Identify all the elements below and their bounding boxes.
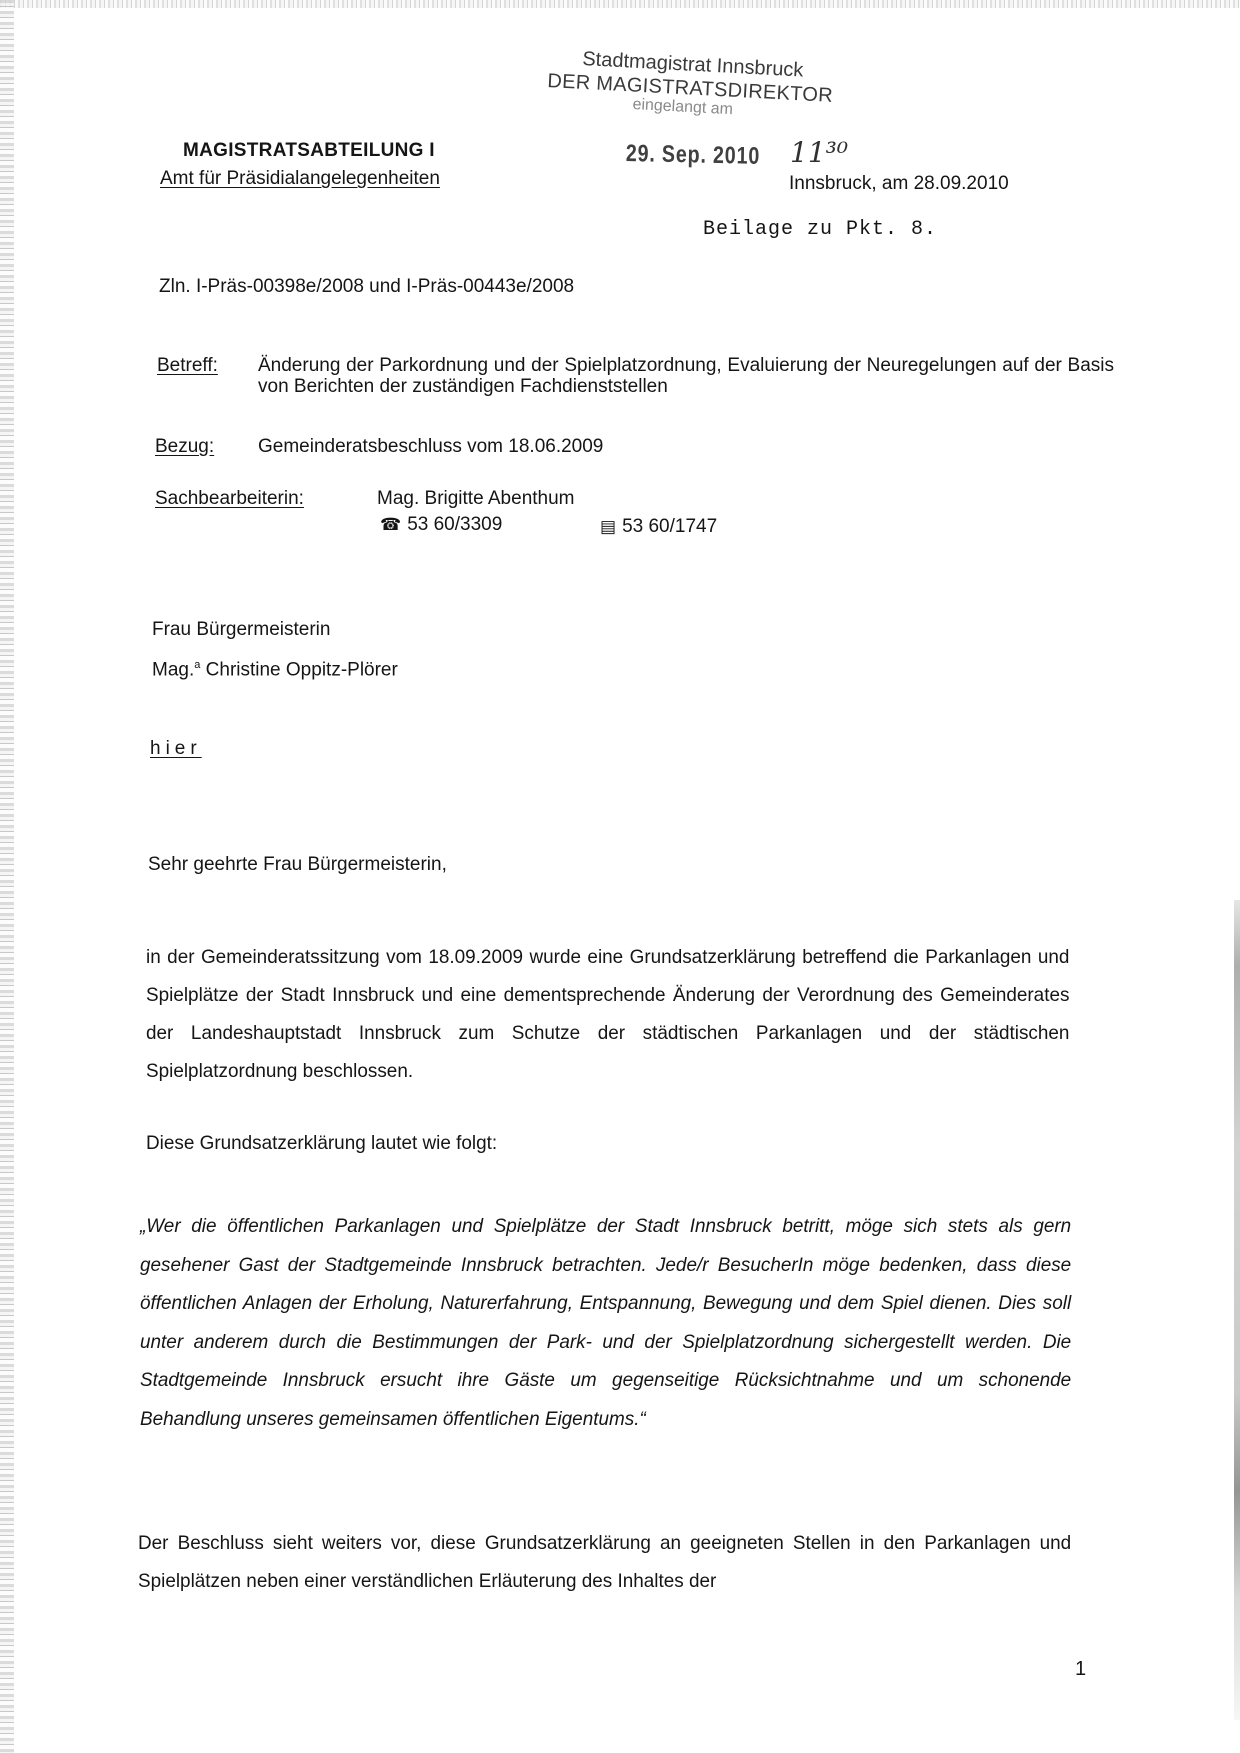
scan-border-right	[1234, 900, 1240, 1720]
subject-label: Betreff:	[157, 355, 218, 377]
fax-number: 53 60/1747	[622, 516, 717, 537]
recipient-location: hier	[150, 738, 202, 760]
attachment-note: Beilage zu Pkt. 8.	[703, 218, 937, 241]
stamp-date: 29. Sep. 2010	[626, 140, 761, 171]
subject-value: Änderung der Parkordnung und der Spielpl…	[258, 355, 1114, 397]
handwritten-time: 11³⁰	[790, 136, 848, 169]
reference-value: Gemeinderatsbeschluss vom 18.06.2009	[258, 436, 603, 458]
body-paragraph-4: Der Beschluss sieht weiters vor, diese G…	[138, 1524, 1071, 1600]
phone-number: 53 60/3309	[407, 514, 502, 535]
body-paragraph-2: Diese Grundsatzerklärung lautet wie folg…	[146, 1132, 1069, 1155]
scan-border-left	[0, 0, 14, 1753]
reference-label: Bezug:	[155, 436, 214, 458]
clerk-name: Mag. Brigitte Abenthum	[377, 488, 575, 510]
stamp-line-3: eingelangt am	[632, 96, 733, 119]
clerk-phone: ☎53 60/3309	[380, 514, 502, 536]
body-paragraph-1: in der Gemeinderatssitzung vom 18.09.200…	[146, 938, 1069, 1090]
clerk-label: Sachbearbeiterin:	[155, 488, 304, 510]
recipient-degree: Mag.	[152, 659, 194, 680]
fax-icon: ▤	[600, 517, 616, 537]
clerk-fax: ▤53 60/1747	[600, 516, 717, 538]
salutation: Sehr geehrte Frau Bürgermeisterin,	[148, 854, 447, 876]
telephone-icon: ☎	[380, 515, 401, 535]
recipient-fullname: Christine Oppitz-Plörer	[200, 659, 397, 680]
recipient-title: Frau Bürgermeisterin	[152, 619, 330, 641]
recipient-name: Mag.a Christine Oppitz-Plörer	[152, 659, 398, 681]
office-name: Amt für Präsidialangelegenheiten	[160, 168, 440, 190]
policy-quote: „Wer die öffentlichen Parkanlagen und Sp…	[140, 1207, 1071, 1438]
reference-numbers: Zln. I-Präs-00398e/2008 und I-Präs-00443…	[159, 276, 574, 298]
scan-border-top	[0, 0, 1240, 8]
page-number: 1	[1075, 1658, 1086, 1681]
place-date: Innsbruck, am 28.09.2010	[789, 173, 1009, 195]
department-heading: MAGISTRATSABTEILUNG I	[183, 140, 435, 162]
